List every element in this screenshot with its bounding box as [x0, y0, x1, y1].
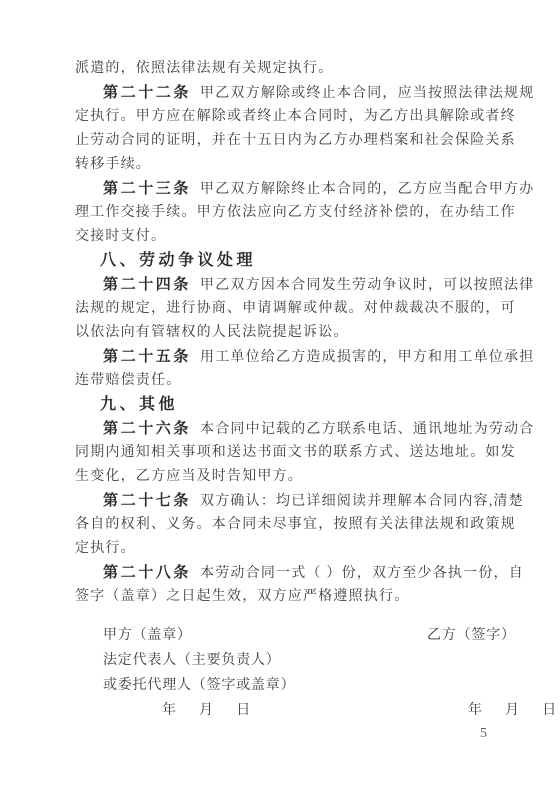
- contract-line: 定执行。甲方应在解除或者终止本合同时，为乙方出具解除或者终: [75, 105, 522, 129]
- contract-line: 第二十二条甲乙双方解除或终止本合同，应当按照法律法规规: [75, 81, 522, 105]
- contract-line: 各自的权利、义务。本合同未尽事宜，按照有关法律法规和政策规: [75, 513, 522, 537]
- signature-left-text: 或委托代理人（签字或盖章）: [103, 673, 295, 698]
- line-text: 连带赔偿责任。: [75, 373, 181, 388]
- article-number: 第二十三条: [103, 181, 191, 197]
- signature-left-text: 甲方（盖章）: [103, 623, 192, 648]
- line-text: 定执行。甲方应在解除或者终止本合同时，为乙方出具解除或者终: [75, 109, 516, 124]
- article-number: 第二十二条: [103, 85, 191, 101]
- signature-right-text: 乙方（签字）: [427, 623, 516, 648]
- line-text: 交接时支付。: [75, 229, 166, 244]
- contract-line: 第二十三条甲乙双方解除终止本合同的，乙方应当配合甲方办: [75, 177, 522, 201]
- contract-line: 同期内通知相关事项和送达书面文书的联系方式、送达地址。如发: [75, 441, 522, 465]
- section-heading: 八、劳动争议处理: [75, 249, 522, 273]
- contract-line: 定执行。: [75, 537, 522, 561]
- contract-line: 止劳动合同的证明，并在十五日内为乙方办理档案和社会保险关系: [75, 129, 522, 153]
- signature-row: 甲方（盖章）乙方（签字）: [75, 623, 560, 648]
- line-text: 定执行。: [75, 541, 136, 556]
- line-text: 以依法向有管辖权的人民法院提起诉讼。: [75, 325, 349, 340]
- line-text: 甲乙双方解除或终止本合同，应当按照法律法规规: [200, 86, 534, 101]
- contract-line: 转移手续。: [75, 153, 522, 177]
- line-text: 双方确认：均已详细阅读并理解本合同内容,清楚: [200, 494, 524, 509]
- contract-line: 派遣的，依照法律法规有关规定执行。: [75, 57, 522, 81]
- article-number: 第二十八条: [103, 565, 191, 581]
- article-number: 第二十五条: [103, 349, 191, 365]
- signature-row: 法定代表人（主要负责人）: [75, 648, 560, 673]
- line-text: 派遣的，依照法律法规有关规定执行。: [75, 61, 333, 76]
- signature-left-text: 法定代表人（主要负责人）: [103, 648, 281, 673]
- line-text: 生变化，乙方应当及时告知甲方。: [75, 469, 303, 484]
- contract-line: 法规的规定，进行协商、申请调解或仲裁。对仲裁裁决不服的，可: [75, 297, 522, 321]
- contract-line: 以依法向有管辖权的人民法院提起诉讼。: [75, 321, 522, 345]
- article-number: 第二十六条: [103, 421, 191, 437]
- line-text: 同期内通知相关事项和送达书面文书的联系方式、送达地址。如发: [75, 445, 516, 460]
- line-text: 转移手续。: [75, 157, 151, 172]
- contract-body: 派遣的，依照法律法规有关规定执行。第二十二条甲乙双方解除或终止本合同，应当按照法…: [0, 0, 560, 609]
- line-text: 本劳动合同一式（ ）份，双方至少各执一份，自: [200, 566, 524, 581]
- line-text: 止劳动合同的证明，并在十五日内为乙方办理档案和社会保险关系: [75, 133, 516, 148]
- signature-row: 或委托代理人（签字或盖章）: [75, 673, 560, 698]
- contract-line: 第二十七条双方确认：均已详细阅读并理解本合同内容,清楚: [75, 489, 522, 513]
- article-number: 第二十七条: [103, 493, 191, 509]
- line-text: 八、劳动争议处理: [100, 252, 256, 269]
- line-text: 签字（盖章）之日起生效，双方应严格遵照执行。: [75, 589, 409, 604]
- signature-right-text: 年 月 日: [468, 698, 557, 723]
- signature-left-text: 年 月 日: [162, 698, 251, 723]
- contract-line: 第二十八条本劳动合同一式（ ）份，双方至少各执一份，自: [75, 561, 522, 585]
- signature-row: 年 月 日年 月 日: [75, 698, 560, 723]
- line-text: 用工单位给乙方造成损害的，甲方和用工单位承担: [200, 350, 534, 365]
- line-text: 法规的规定，进行协商、申请调解或仲裁。对仲裁裁决不服的，可: [75, 301, 516, 316]
- signature-block: 甲方（盖章）乙方（签字）法定代表人（主要负责人）或委托代理人（签字或盖章）年 月…: [0, 623, 560, 723]
- line-text: 各自的权利、义务。本合同未尽事宜，按照有关法律法规和政策规: [75, 517, 516, 532]
- contract-line: 第二十四条甲乙双方因本合同发生劳动争议时，可以按照法律: [75, 273, 522, 297]
- line-text: 九、其他: [100, 396, 178, 413]
- contract-line: 连带赔偿责任。: [75, 369, 522, 393]
- line-text: 甲乙双方解除终止本合同的，乙方应当配合甲方办: [200, 182, 534, 197]
- contract-line: 理工作交接手续。甲方依法应向乙方支付经济补偿的，在办结工作: [75, 201, 522, 225]
- line-text: 理工作交接手续。甲方依法应向乙方支付经济补偿的，在办结工作: [75, 205, 516, 220]
- contract-line: 交接时支付。: [75, 225, 522, 249]
- line-text: 本合同中记载的乙方联系电话、通讯地址为劳动合: [200, 422, 534, 437]
- page-number: 5: [480, 726, 487, 742]
- article-number: 第二十四条: [103, 277, 191, 293]
- contract-line: 第二十六条本合同中记载的乙方联系电话、通讯地址为劳动合: [75, 417, 522, 441]
- contract-line: 第二十五条用工单位给乙方造成损害的，甲方和用工单位承担: [75, 345, 522, 369]
- line-text: 甲乙双方因本合同发生劳动争议时，可以按照法律: [200, 278, 534, 293]
- contract-line: 生变化，乙方应当及时告知甲方。: [75, 465, 522, 489]
- section-heading: 九、其他: [75, 393, 522, 417]
- contract-line: 签字（盖章）之日起生效，双方应严格遵照执行。: [75, 585, 522, 609]
- contract-page: 派遣的，依照法律法规有关规定执行。第二十二条甲乙双方解除或终止本合同，应当按照法…: [0, 0, 560, 790]
